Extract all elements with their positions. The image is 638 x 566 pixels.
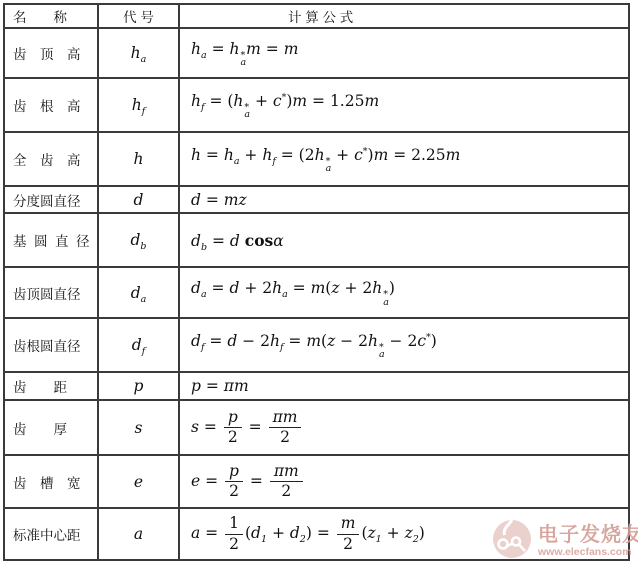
fraction: 12 <box>225 515 243 553</box>
row-symbol: df <box>98 318 179 372</box>
header-row: 名 称 代 号 计 算 公 式 <box>4 4 629 28</box>
watermark-brand: 电子发烧友 <box>538 518 638 547</box>
row-name: 齿 槽 宽 <box>4 455 98 508</box>
row-name: 标准中心距 <box>4 508 98 560</box>
gear-parameter-table: 名 称 代 号 计 算 公 式 齿 顶 高haha = h*am = m齿 根 … <box>3 3 630 561</box>
row-symbol: db <box>98 213 179 267</box>
fraction: m2 <box>337 515 360 553</box>
table-body: 齿 顶 高haha = h*am = m齿 根 高hfhf = (h*a + c… <box>4 28 629 560</box>
row-name: 齿 厚 <box>4 400 98 455</box>
row-formula: s = p2 = πm2 <box>179 400 629 455</box>
table-row: 全 齿 高hh = ha + hf = (2h*a + c*)m = 2.25m <box>4 132 629 186</box>
page: 名 称 代 号 计 算 公 式 齿 顶 高haha = h*am = m齿 根 … <box>0 0 638 566</box>
row-formula: db = d cosα <box>179 213 629 267</box>
row-formula: hf = (h*a + c*)m = 1.25m <box>179 78 629 132</box>
row-formula: df = d − 2hf = m(z − 2h*a − 2c*) <box>179 318 629 372</box>
row-symbol: p <box>98 372 179 400</box>
column-header-symbol: 代 号 <box>98 4 179 28</box>
table-row: 齿 距pp = πm <box>4 372 629 400</box>
row-name: 全 齿 高 <box>4 132 98 186</box>
table-row: 齿 根 高hfhf = (h*a + c*)m = 1.25m <box>4 78 629 132</box>
table-row: 齿 厚ss = p2 = πm2 <box>4 400 629 455</box>
fraction: πm2 <box>270 463 303 501</box>
watermark-text: 电子发烧友 www.elecfans.com <box>538 518 638 558</box>
column-header-name: 名 称 <box>4 4 98 28</box>
row-name: 齿顶圆直径 <box>4 267 98 318</box>
table-row: 齿根圆直径dfdf = d − 2hf = m(z − 2h*a − 2c*) <box>4 318 629 372</box>
row-symbol: da <box>98 267 179 318</box>
row-symbol: hf <box>98 78 179 132</box>
row-symbol: a <box>98 508 179 560</box>
row-formula: e = p2 = πm2 <box>179 455 629 508</box>
watermark-url: www.elecfans.com <box>538 546 638 558</box>
table-row: 基 圆 直 径dbdb = d cosα <box>4 213 629 267</box>
row-name: 齿 顶 高 <box>4 28 98 78</box>
fraction: πm2 <box>269 409 302 447</box>
table-row: 齿 槽 宽ee = p2 = πm2 <box>4 455 629 508</box>
fraction: p2 <box>225 463 243 501</box>
row-formula: ha = h*am = m <box>179 28 629 78</box>
fraction: p2 <box>224 409 242 447</box>
table-row: 分度圆直径dd = mz <box>4 186 629 213</box>
row-symbol: d <box>98 186 179 213</box>
row-name: 分度圆直径 <box>4 186 98 213</box>
row-symbol: h <box>98 132 179 186</box>
row-name: 基 圆 直 径 <box>4 213 98 267</box>
row-name: 齿根圆直径 <box>4 318 98 372</box>
column-header-formula: 计 算 公 式 <box>179 4 629 28</box>
row-formula: p = πm <box>179 372 629 400</box>
row-name: 齿 距 <box>4 372 98 400</box>
row-symbol: e <box>98 455 179 508</box>
elecfans-logo-icon <box>490 516 534 560</box>
table-row: 齿 顶 高haha = h*am = m <box>4 28 629 78</box>
row-formula: d = mz <box>179 186 629 213</box>
row-formula: h = ha + hf = (2h*a + c*)m = 2.25m <box>179 132 629 186</box>
row-name: 齿 根 高 <box>4 78 98 132</box>
table-row: 齿顶圆直径dada = d + 2ha = m(z + 2h*a) <box>4 267 629 318</box>
row-symbol: ha <box>98 28 179 78</box>
row-formula: da = d + 2ha = m(z + 2h*a) <box>179 267 629 318</box>
elecfans-watermark: 电子发烧友 www.elecfans.com <box>490 513 638 563</box>
row-symbol: s <box>98 400 179 455</box>
